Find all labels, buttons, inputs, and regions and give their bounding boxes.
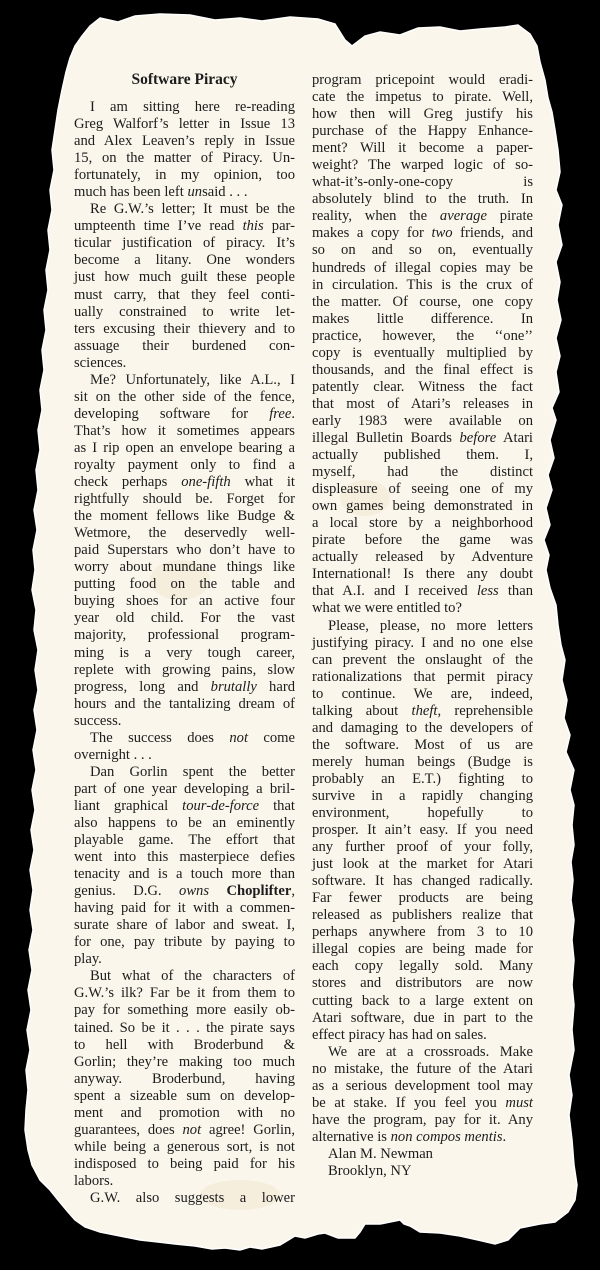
text-line: just how much guilt these people: [74, 269, 295, 286]
text-line: become a litany. One wonders: [74, 252, 295, 269]
text-line: Wetmore, the deservedly well-: [74, 525, 295, 542]
text-line: environment, hopefully to: [312, 805, 533, 822]
text-line: actually published them. I,: [312, 447, 533, 464]
text-line: to continue. We are, indeed,: [312, 686, 533, 703]
text-line: Me? Unfortunately, like A.L., I: [74, 372, 295, 389]
text-line: just look at the market for Atari: [312, 856, 533, 873]
text-line: check perhaps one-fifth what it: [74, 474, 295, 491]
text-line: spent a sizeable sum on develop-: [74, 1088, 295, 1105]
text-line: play.: [74, 951, 295, 968]
text-line: ment? Will it become a paper-: [312, 140, 533, 157]
text-line: released as publishers realize that: [312, 907, 533, 924]
text-line: the software. Most of us are: [312, 737, 533, 754]
text-line: and Alex Leaven’s reply in Issue: [74, 133, 295, 150]
text-line: talking about theft, reprehensible: [312, 703, 533, 720]
text-line: copy is eventually multiplied by: [312, 345, 533, 362]
text-line: what we were entitled to?: [312, 600, 533, 617]
text-line: own games being demonstrated in: [312, 498, 533, 515]
text-line: buying shoes for an active four: [74, 593, 295, 610]
text-line: be at stake. If you feel you must: [312, 1095, 533, 1112]
text-line: each copy legally sold. Many: [312, 958, 533, 975]
text-line: practice, however, the ‘‘one’’: [312, 328, 533, 345]
text-line: Dan Gorlin spent the better: [74, 764, 295, 781]
text-line: ually constrained to write let-: [74, 304, 295, 321]
text-line: makes little difference. In: [312, 311, 533, 328]
text-line: purchase of the Happy Enhance-: [312, 123, 533, 140]
text-line: ticular justification of piracy. It’s: [74, 235, 295, 252]
text-line: illegal copies are being made for: [312, 941, 533, 958]
text-line: and damaging to the developers of: [312, 720, 533, 737]
text-line: surate share of labor and sweat. I,: [74, 917, 295, 934]
text-line: But what of the characters of: [74, 968, 295, 985]
text-line: so on and so on, eventually: [312, 242, 533, 259]
text-line: illegal Bulletin Boards before Atari: [312, 430, 533, 447]
text-line: ming is a very tough career,: [74, 645, 295, 662]
letter-article: Software Piracy I am sitting here re-rea…: [0, 0, 600, 1270]
text-line: paid Superstars who don’t have to: [74, 542, 295, 559]
text-line: merely human beings (Budge is: [312, 754, 533, 771]
text-line: as I rip open an envelope bearing a: [74, 440, 295, 457]
text-line: have the program, pay for it. Any: [312, 1112, 533, 1129]
text-line: prosper. It ain’t easy. If you need: [312, 822, 533, 839]
text-line: playable game. The effort that: [74, 832, 295, 849]
text-line: 15, on the matter of Piracy. Un-: [74, 150, 295, 167]
text-line: royalty payment only to find a: [74, 457, 295, 474]
text-line: tenacity and is a touch more than: [74, 866, 295, 883]
text-line: overnight . . .: [74, 747, 295, 764]
text-line: also happens to be an eminently: [74, 815, 295, 832]
text-line: thousands, and the final effect is: [312, 362, 533, 379]
text-line: I am sitting here re-reading: [74, 99, 295, 116]
left-column: I am sitting here re-readingGreg Walforf…: [74, 99, 295, 1207]
text-line: software. It has changed radically.: [312, 873, 533, 890]
text-line: hours and the tantalizing dream of: [74, 696, 295, 713]
text-line: ters excusing their thievery and to: [74, 321, 295, 338]
text-line: while being a generous sort, is not: [74, 1139, 295, 1156]
text-line: survive in a rapidly changing: [312, 788, 533, 805]
signature-line: Brooklyn, NY: [312, 1163, 533, 1180]
text-line: that most of Atari’s releases in: [312, 396, 533, 413]
text-line: to hell with Broderbund &: [74, 1037, 295, 1054]
text-line: program pricepoint would eradi-: [312, 72, 533, 89]
text-line: part of one year developing a bril-: [74, 781, 295, 798]
text-line: labors.: [74, 1173, 295, 1190]
text-line: having paid for it with a commen-: [74, 900, 295, 917]
text-line: assuage their burdened con-: [74, 338, 295, 355]
text-line: cate the impetus to pirate. Well,: [312, 89, 533, 106]
text-line: no mistake, the future of the Atari: [312, 1061, 533, 1078]
text-line: progress, long and brutally hard: [74, 679, 295, 696]
text-line: how then will Greg justify his: [312, 106, 533, 123]
text-line: the matter. Of course, one copy: [312, 294, 533, 311]
text-line: That’s how it sometimes appears: [74, 423, 295, 440]
text-line: developing software for free.: [74, 406, 295, 423]
text-line: success.: [74, 713, 295, 730]
text-line: pay for something more easily ob-: [74, 1002, 295, 1019]
text-line: cutting back to a large extent on: [312, 993, 533, 1010]
text-line: probably an E.T.) fighting to: [312, 771, 533, 788]
text-line: can prevent the onslaught of the: [312, 652, 533, 669]
right-column: program pricepoint would eradi-cate the …: [312, 72, 533, 1180]
text-line: as a serious development tool may: [312, 1078, 533, 1095]
text-line: weight? The warped logic of so-: [312, 157, 533, 174]
text-line: the moment fellows like Budge &: [74, 508, 295, 525]
text-line: majority, professional program-: [74, 627, 295, 644]
text-line: G.W.’s ilk? Far be it from them to: [74, 985, 295, 1002]
text-line: effect piracy has had on sales.: [312, 1027, 533, 1044]
text-line: rationalizations that permit piracy: [312, 669, 533, 686]
text-line: alternative is non compos mentis.: [312, 1129, 533, 1146]
text-line: Far fewer products are being: [312, 890, 533, 907]
text-line: The success does not come: [74, 730, 295, 747]
text-line: a local store by a neighborhood: [312, 515, 533, 532]
article-title: Software Piracy: [74, 71, 295, 89]
text-line: sciences.: [74, 355, 295, 372]
text-line: stores and distributors are now: [312, 975, 533, 992]
text-line: Re G.W.’s letter; It must be the: [74, 201, 295, 218]
text-line: guarantees, does not agree! Gorlin,: [74, 1122, 295, 1139]
text-line: anyway. Broderbund, having: [74, 1071, 295, 1088]
text-line: Atari software, due in part to the: [312, 1010, 533, 1027]
text-line: Please, please, no more letters: [312, 618, 533, 635]
signature-line: Alan M. Newman: [312, 1146, 533, 1163]
text-line: pirate before the game was: [312, 532, 533, 549]
text-line: patently clear. Witness the fact: [312, 379, 533, 396]
text-line: for one, pay tribute by paying to: [74, 934, 295, 951]
text-line: International! Is there any doubt: [312, 566, 533, 583]
text-line: absolutely blind to the truth. In: [312, 191, 533, 208]
text-line: rightfully should be. Forget for: [74, 491, 295, 508]
text-line: displeasure of seeing one of my: [312, 481, 533, 498]
text-line: Gorlin; they’re making too much: [74, 1054, 295, 1071]
text-line: justifying piracy. I and no one else: [312, 635, 533, 652]
text-line: genius. D.G. owns Choplifter,: [74, 883, 295, 900]
text-line: year old child. For the vast: [74, 610, 295, 627]
text-line: sit on the other side of the fence,: [74, 389, 295, 406]
text-line: fortunately, in my opinion, too: [74, 167, 295, 184]
text-line: putting food on the table and: [74, 576, 295, 593]
text-line: ment and promotion with no: [74, 1105, 295, 1122]
text-line: We are at a crossroads. Make: [312, 1044, 533, 1061]
text-line: in circulation. This is the crux of: [312, 277, 533, 294]
text-line: Greg Walforf’s letter in Issue 13: [74, 116, 295, 133]
text-line: worry about mundane things like: [74, 559, 295, 576]
text-line: perhaps anywhere from 3 to 10: [312, 924, 533, 941]
text-line: G.W. also suggests a lower: [74, 1190, 295, 1207]
text-line: tained. So be it . . . the pirate says: [74, 1020, 295, 1037]
text-line: makes a copy for two friends, and: [312, 225, 533, 242]
text-line: that A.I. and I received less than: [312, 583, 533, 600]
text-line: liant graphical tour-de-force that: [74, 798, 295, 815]
text-line: what-it’s-only-one-copy is: [312, 174, 533, 191]
text-line: indisposed to being paid for his: [74, 1156, 295, 1173]
text-line: reality, when the average pirate: [312, 208, 533, 225]
text-line: must carry, that they feel conti-: [74, 287, 295, 304]
text-line: replete with growing pains, slow: [74, 662, 295, 679]
text-line: much has been left unsaid . . .: [74, 184, 295, 201]
text-line: went into this masterpiece defies: [74, 849, 295, 866]
text-line: actually released by Adventure: [312, 549, 533, 566]
text-line: hundreds of illegal copies may be: [312, 260, 533, 277]
text-line: myself, had the distinct: [312, 464, 533, 481]
text-line: umpteenth time I’ve read this par-: [74, 218, 295, 235]
text-line: any further proof of your folly,: [312, 839, 533, 856]
text-line: early 1983 were available on: [312, 413, 533, 430]
